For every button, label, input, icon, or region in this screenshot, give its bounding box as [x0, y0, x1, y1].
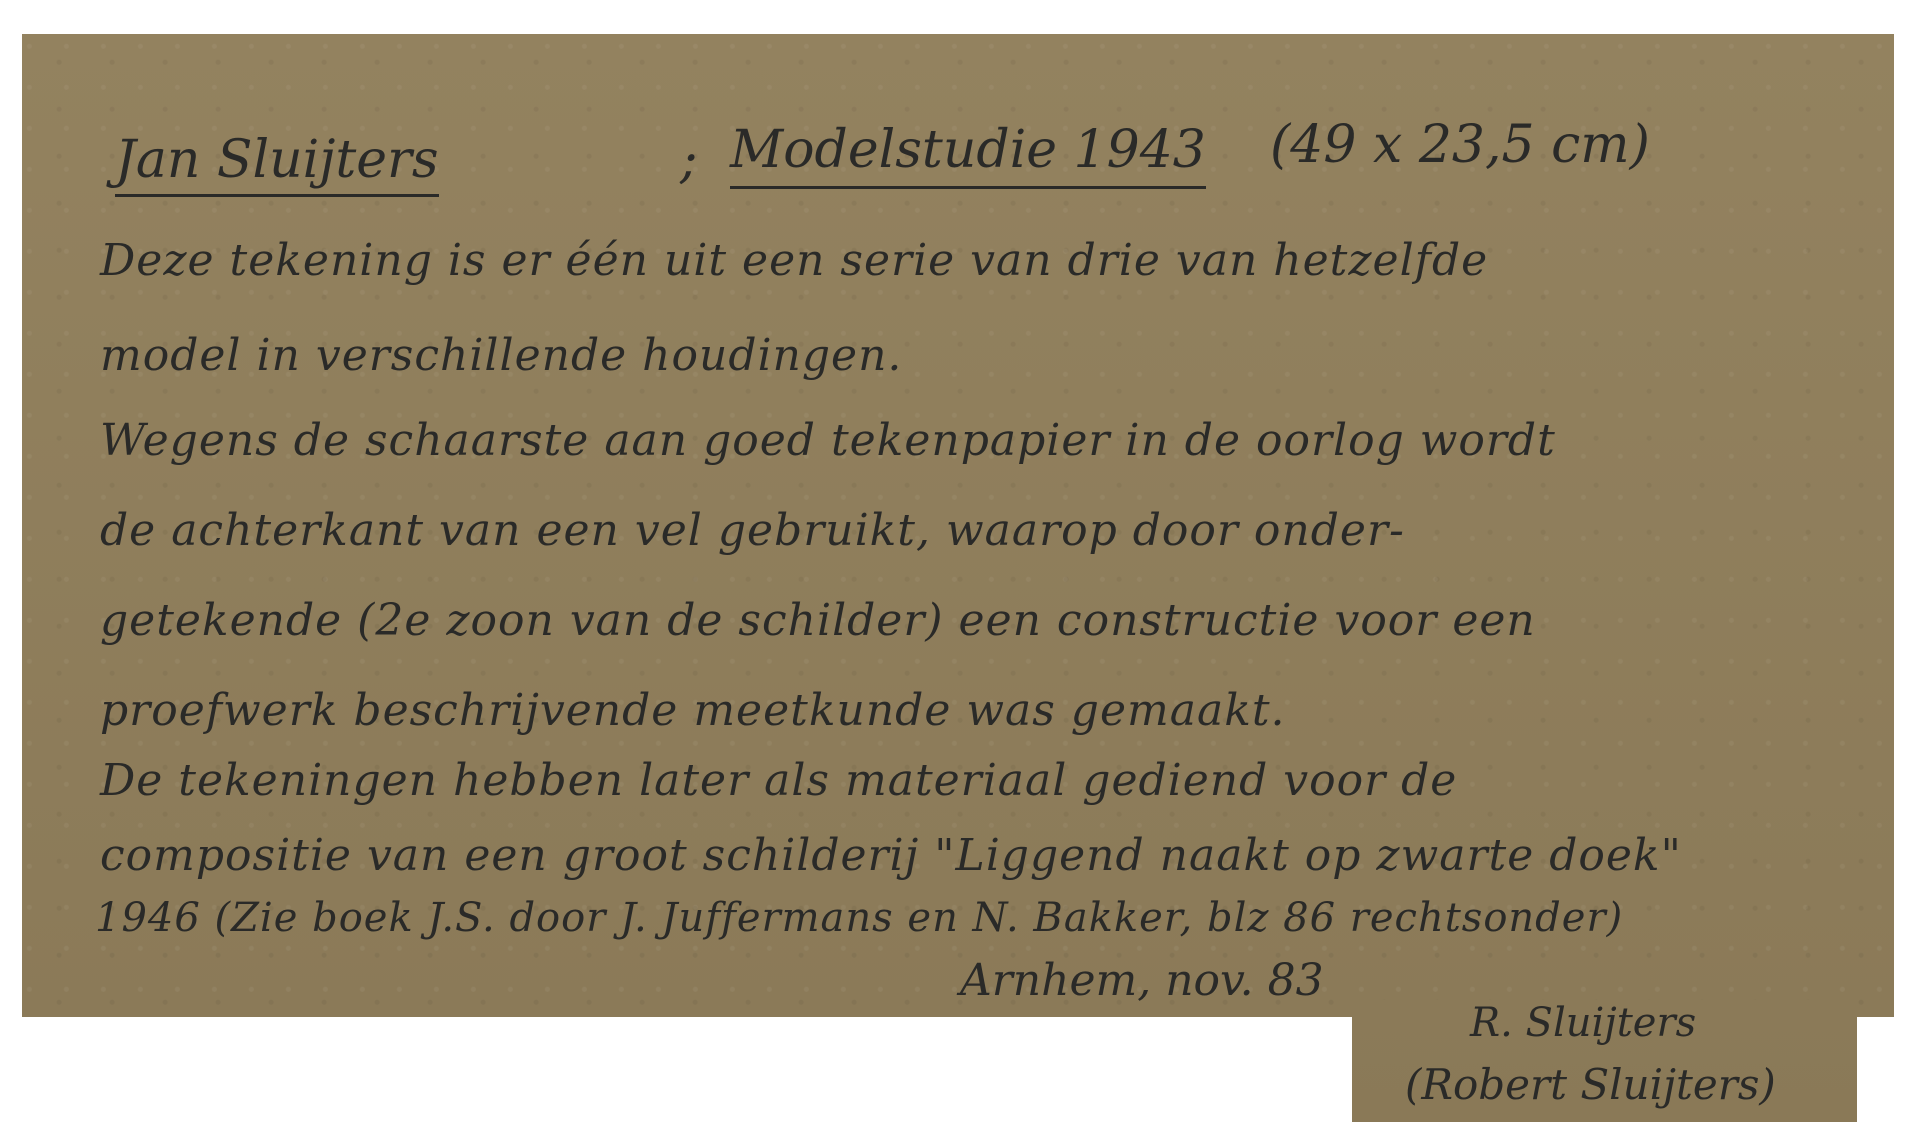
document-board: Jan Sluijters ; Modelstudie 1943 (49 x 2…: [0, 0, 1920, 1139]
body-line-7: De tekeningen hebben later als materiaal…: [100, 755, 1457, 806]
title-artist: Jan Sluijters: [115, 130, 439, 197]
body-line-3: Wegens de schaarste aan goed tekenpapier…: [100, 415, 1556, 466]
body-line-8: compositie van een groot schilderij "Lig…: [100, 830, 1682, 881]
title-work: Modelstudie 1943: [730, 120, 1206, 189]
body-line-1: Deze tekening is er één uit een serie va…: [100, 235, 1488, 286]
title-separator: ;: [680, 130, 698, 190]
handwritten-note: Jan Sluijters ; Modelstudie 1943 (49 x 2…: [0, 0, 1920, 1139]
signer-name: (Robert Sluijters): [1405, 1060, 1776, 1109]
title-dimensions: (49 x 23,5 cm): [1270, 115, 1650, 175]
signature: R. Sluijters: [1470, 1000, 1696, 1046]
place-date: Arnhem, nov. 83: [960, 955, 1324, 1006]
body-line-6: proefwerk beschrijvende meetkunde was ge…: [100, 685, 1286, 736]
body-line-9: 1946 (Zie boek J.S. door J. Juffermans e…: [95, 895, 1623, 941]
body-line-2: model in verschillende houdingen.: [100, 330, 902, 381]
body-line-4: de achterkant van een vel gebruikt, waar…: [100, 505, 1405, 556]
body-line-5: getekende (2e zoon van de schilder) een …: [100, 595, 1536, 646]
